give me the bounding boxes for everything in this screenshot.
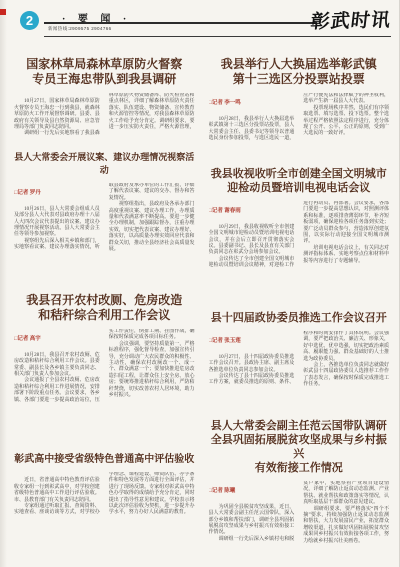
article-left-4: 彰武高中接受省级特色普通高中评估验收 近日，省普通高中特色教育评估验收专家组一行… xyxy=(14,453,195,540)
article-headline: 县十四届政协委员推选工作会议召开 xyxy=(209,311,390,325)
page-content: 国家林草局森林草原防火督察 专员王海忠带队到我县调研 10月27日，国家林草局森… xyxy=(0,47,399,567)
article-headline: 我县召开农村改厕、危房改造 和秸秆综合利用工作会议 xyxy=(14,293,195,323)
headline-line: 专员王海忠带队到我县调研 xyxy=(14,72,195,87)
page-header: 2 · 要 闻 · 新闻热线:2909575 2904766 彰武时讯 xyxy=(14,9,391,47)
article-headline: 国家林草局森林草原防火督察 专员王海忠带队到我县调研 xyxy=(14,57,195,87)
article-left-2: 县人大常委会开展议案、建议办理情况视察活动 □记者 罗丹 10月26日，县人大常… xyxy=(14,151,195,279)
article-left-3: 我县召开农村改厕、危房改造 和秸秆综合利用工作会议 □记者 高宇 10月28日，… xyxy=(14,293,195,439)
article-right-1: 我县举行人大换届选举彰武镇 第十三选区分投票站投票 □记者 李一鸣 10月28日… xyxy=(209,57,390,159)
article-headline: 彰武高中接受省级特色普通高中评估验收 xyxy=(14,453,195,466)
headline-line: 县人大常委会副主任范云国带队调研 xyxy=(209,419,390,433)
article-byline: □记者 高宇 xyxy=(14,335,100,343)
article-byline: □记者 李一鸣 xyxy=(209,99,295,107)
article-byline: □记者 陈曦 xyxy=(209,487,295,495)
page-number: 2 xyxy=(26,13,33,28)
page-number-badge: 2 xyxy=(20,11,39,30)
article-left-1: 国家林草局森林草原防火督察 专员王海忠带队到我县调研 10月27日，国家林草局森… xyxy=(14,57,195,139)
right-column: 我县举行人大换届选举彰武镇 第十三选区分投票站投票 □记者 李一鸣 10月28日… xyxy=(209,51,390,567)
article-headline: 县人大常委会开展议案、建议办理情况视察活动 xyxy=(14,151,195,177)
article-body: □记者 谢春雨 10月29日，我县收视收听全市创建全国文明城市迎检动员暨培训电视… xyxy=(209,201,390,301)
article-body: □记者 张玉莲 10月27日，县十四届政协委员推选工作会议召开。县政协主席、副主… xyxy=(209,331,390,407)
article-right-3: 县十四届政协委员推选工作会议召开 □记者 张玉莲 10月27日，县十四届政协委员… xyxy=(209,311,390,407)
headline-line: 我县收视收听全市创建全国文明城市 xyxy=(209,167,390,181)
page-marker xyxy=(0,9,6,15)
headline-line: 县人大常委会开展议案、建议办理情况视察活动 xyxy=(14,151,195,177)
article-body: □记者 罗丹 10月26日，县人大常委会组成人员及部分县人大代表对县政府办理十八… xyxy=(14,183,195,279)
newspaper-page: 2 · 要 闻 · 新闻热线:2909575 2904766 彰武时讯 国家林草… xyxy=(0,0,400,567)
article-right-4: 县人大常委会副主任范云国带队调研 全县巩固拓展脱贫攻坚成果与乡村振兴 有效衔接工… xyxy=(209,419,390,567)
news-hotline: 新闻热线:2909575 2904766 xyxy=(48,26,112,32)
article-byline: □记者 谢春雨 xyxy=(209,207,295,215)
headline-line: 彰武高中接受省级特色普通高中评估验收 xyxy=(14,453,195,466)
article-body: □记者 陈曦 为巩固全县脱贫攻坚成果，近日，县人大常委会副主任范云国带队，深入部… xyxy=(209,481,390,567)
headline-line: 第十三选区分投票站投票 xyxy=(209,72,390,87)
body-text: 近日，省普通高中特色教育评估验收专家组一行到彰武高中，对学校创建省级特色普通高中… xyxy=(14,472,195,515)
left-column: 国家林草局森林草原防火督察 专员王海忠带队到我县调研 10月27日，国家林草局森… xyxy=(14,51,195,567)
page-edge-shade xyxy=(0,0,7,567)
article-body: □记者 高宇 10月28日，我县召开农村改厕、危房改造和秸秆综合利用工作会议。县… xyxy=(14,329,195,439)
article-body: 10月27日，国家林草局森林草原防火督察专员王海忠一行到我县，就森林草原防火工作… xyxy=(14,93,195,139)
article-headline: 县人大常委会副主任范云国带队调研 全县巩固拓展脱贫攻坚成果与乡村振兴 有效衔接工… xyxy=(209,419,390,475)
headline-line: 迎检动员暨培训电视电话会议 xyxy=(209,181,390,195)
headline-line: 国家林草局森林草原防火督察 xyxy=(14,57,195,72)
headline-line: 全县巩固拓展脱贫攻坚成果与乡村振兴 xyxy=(209,433,390,461)
headline-line: 我县召开农村改厕、危房改造 xyxy=(14,293,195,308)
article-body: 近日，省普通高中特色教育评估验收专家组一行到彰武高中，对学校创建省级特色普通高中… xyxy=(14,472,195,540)
headline-line: 有效衔接工作情况 xyxy=(209,461,390,475)
masthead-title: 彰武时讯 xyxy=(309,5,392,34)
article-byline: □记者 罗丹 xyxy=(14,189,100,197)
header-rule-bottom xyxy=(44,36,391,37)
headline-line: 我县举行人大换届选举彰武镇 xyxy=(209,57,390,72)
headline-line: 和秸秆综合利用工作会议 xyxy=(14,308,195,323)
body-text: 10月27日，国家林草局森林草原防火督察专员王海忠一行到我县，就森林草原防火工作… xyxy=(14,93,195,136)
headline-line: 县十四届政协委员推选工作会议召开 xyxy=(209,311,390,325)
header-rule-top xyxy=(44,22,317,24)
article-right-2: 我县收视收听全市创建全国文明城市 迎检动员暨培训电视电话会议 □记者 谢春雨 1… xyxy=(209,167,390,301)
article-headline: 我县举行人大换届选举彰武镇 第十三选区分投票站投票 xyxy=(209,57,390,87)
article-byline: □记者 张玉莲 xyxy=(209,337,295,345)
article-body: □记者 李一鸣 10月28日，我县举行人大换届选举彰武镇第十三选区分投票站投票，… xyxy=(209,93,390,159)
article-headline: 我县收视收听全市创建全国文明城市 迎检动员暨培训电视电话会议 xyxy=(209,167,390,195)
